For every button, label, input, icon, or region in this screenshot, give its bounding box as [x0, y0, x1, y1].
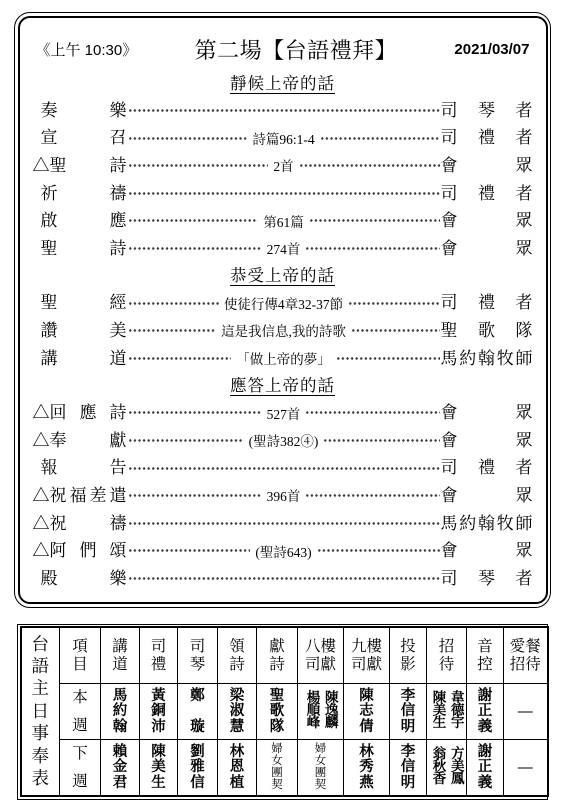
label-char: 禮 [478, 129, 495, 146]
service-item-detail: 「做上帝的夢」 [232, 348, 335, 368]
dotted-leader [128, 152, 269, 180]
label-char: 應 [80, 404, 97, 421]
label-char: 者 [516, 102, 533, 119]
label-char: 司 [441, 185, 458, 202]
duty-row-label-char: 下 [72, 746, 88, 762]
duty-cell-name-char: 梁 [230, 689, 245, 704]
duty-cell-name-char: 賴 [113, 745, 128, 760]
service-row: 聖詩274首會眾 [32, 234, 534, 262]
label-char: 禮 [478, 294, 495, 311]
service-item-performer: 會眾 [441, 240, 533, 257]
duty-col-header: 領詩 [218, 627, 257, 684]
label-char: 們 [80, 542, 97, 559]
service-date: 2021/03/07 [454, 41, 529, 58]
service-item-label: △聖詩 [33, 157, 127, 174]
duty-cell-names: 韋德宇 陳美生 [428, 690, 464, 728]
duty-col-header-line: 獻 [269, 639, 285, 655]
duty-col-header: 八樓司獻 [298, 627, 344, 684]
duty-cell: 劉雅信 [178, 740, 218, 797]
label-char: 差 [90, 487, 107, 504]
duty-cell: 李信明 [390, 684, 427, 740]
duty-cell-name: 賴金君 [101, 745, 139, 791]
service-item-performer: 司禮者 [441, 185, 533, 202]
label-char: 講 [41, 350, 58, 367]
label-char: 會 [441, 212, 458, 229]
label-char: △祝 [33, 515, 67, 532]
duty-col-header: 項目 [60, 627, 101, 684]
service-item-label: 聖詩 [41, 240, 127, 257]
bulletin-page: 《上午 10:30》 第二場【台語禮拜】 2021/03/07 靜候上帝的話奏樂… [0, 0, 565, 800]
label-char: 詩 [110, 240, 127, 257]
label-char: 詩 [110, 404, 127, 421]
duty-cell: 黃銅沛 [140, 684, 178, 740]
label-char: 詩 [110, 157, 127, 174]
service-item-performer: 司琴者 [441, 570, 533, 587]
duty-cell-name-char: 信 [401, 760, 416, 775]
duty-col-header-text: 獻詩 [257, 639, 297, 673]
label-char: 馬 [441, 350, 458, 367]
duty-cell-name-char: 生 [151, 776, 166, 791]
service-item-performer: 會眾 [441, 487, 533, 504]
service-row: △阿們頌(聖詩643)會眾 [32, 537, 534, 565]
duty-col-header-line: 八樓 [305, 639, 336, 655]
label-char: 禮 [478, 185, 495, 202]
duty-col-header-text: 投影 [390, 639, 426, 673]
duty-cell: 婦女團契 [257, 740, 298, 797]
label-char: 遣 [110, 487, 127, 504]
service-row: 宣召詩篇96:1-4司禮者 [32, 124, 534, 152]
label-char: 會 [441, 487, 458, 504]
label-char: △祝 [33, 487, 67, 504]
duty-col-header-line: 琴 [190, 657, 206, 673]
duty-cell-name-char: 義 [478, 776, 493, 791]
service-item-performer: 馬約翰牧師 [441, 350, 533, 367]
label-char: 眾 [516, 240, 533, 257]
duty-col-header: 司禮 [140, 627, 178, 684]
label-char: 隊 [516, 322, 533, 339]
service-row: 祈禱司禮者 [32, 179, 534, 207]
service-item-label: 殿樂 [41, 570, 127, 587]
service-row: △祝禱馬約翰牧師 [32, 509, 534, 537]
duty-cell-name: 謝正義 [467, 745, 503, 791]
duty-cell-name-char: 鄭 [190, 689, 205, 704]
label-char: 獻 [110, 432, 127, 449]
dotted-leader [128, 124, 248, 152]
label-char: 眾 [516, 487, 533, 504]
service-item-label: △回應詩 [33, 404, 127, 421]
duty-col-header-line: 目 [72, 657, 88, 673]
duty-cell-name: 李信明 [390, 689, 426, 735]
duty-row-label-cell: 本週 [60, 684, 101, 740]
label-char: 道 [110, 350, 127, 367]
duty-cell-name-char: 陳 [151, 745, 166, 760]
service-item-performer: 會眾 [441, 432, 533, 449]
duty-cell-names: 方美鳳 翁秋香 [428, 746, 464, 784]
label-char: 琴 [478, 570, 495, 587]
dotted-leader [299, 152, 440, 180]
duty-col-header-line: 招 [439, 639, 455, 655]
duty-cell-name-char: 志 [359, 704, 374, 719]
label-char: 樂 [110, 570, 127, 587]
duty-col-header-line: 待 [439, 657, 455, 673]
label-char: 禱 [110, 515, 127, 532]
page-header: 《上午 10:30》 第二場【台語禮拜】 2021/03/07 [32, 26, 534, 70]
service-row: △祝福差遣396首會眾 [32, 482, 534, 510]
label-char: 聖 [41, 240, 58, 257]
duty-col-header-line: 音 [477, 639, 493, 655]
duty-row-label: 本週 [60, 690, 100, 734]
service-order: 靜候上帝的話奏樂司琴者宣召詩篇96:1-4司禮者△聖詩2首會眾祈禱司禮者啟應第6… [32, 72, 534, 593]
label-char: 約 [459, 350, 476, 367]
label-char: 者 [516, 185, 533, 202]
duty-table-title-char: 日 [32, 703, 50, 721]
duty-cell-name-char: 劉 [190, 745, 205, 760]
dotted-leader [128, 454, 440, 482]
duty-header-row: 台語主日事奉表項目講道司禮司琴領詩獻詩八樓司獻九樓司獻投影招待音控愛餐招待 [21, 627, 548, 684]
duty-col-header-line: 司 [190, 639, 206, 655]
label-char: 禮 [478, 459, 495, 476]
duty-cell: 謝正義 [467, 684, 504, 740]
duty-col-header: 講道 [101, 627, 140, 684]
service-item-performer: 馬約翰牧師 [441, 515, 533, 532]
duty-col-header: 九樓司獻 [344, 627, 390, 684]
duty-cell-name-char: 馬 [113, 689, 128, 704]
label-char: 宣 [41, 129, 58, 146]
service-item-detail: 527首 [263, 403, 305, 423]
section-title-text: 應答上帝的話 [230, 377, 335, 395]
duty-col-header-line: 道 [112, 657, 128, 673]
service-item-detail: (聖詩382④) [245, 430, 323, 450]
duty-cell: 陳志倩 [344, 684, 390, 740]
duty-cell-name: 黃銅沛 [140, 689, 177, 735]
dotted-leader [305, 234, 439, 262]
service-item-detail: (聖詩643) [251, 541, 315, 561]
label-char: 眾 [516, 212, 533, 229]
duty-cell-name: 李信明 [390, 745, 426, 791]
label-char: 司 [441, 459, 458, 476]
service-row: △回應詩527首會眾 [32, 399, 534, 427]
label-char: 會 [441, 240, 458, 257]
label-char: 者 [516, 459, 533, 476]
duty-table-title-char: 奉 [32, 748, 50, 766]
duty-cell-name-char: 團 [271, 768, 283, 780]
duty-table-wrap: 台語主日事奉表項目講道司禮司琴領詩獻詩八樓司獻九樓司獻投影招待音控愛餐招待本週馬… [17, 624, 548, 800]
duty-cell-name-char: 翰 [113, 720, 128, 735]
duty-table: 台語主日事奉表項目講道司禮司琴領詩獻詩八樓司獻九樓司獻投影招待音控愛餐招待本週馬… [20, 626, 549, 797]
duty-col-header-text: 講道 [101, 639, 139, 673]
duty-cell-dash: — [518, 759, 533, 776]
dotted-leader [128, 317, 217, 345]
service-item-performer: 司禮者 [441, 459, 533, 476]
duty-cell-name: 鄭璇 [178, 689, 217, 735]
service-row: 報告司禮者 [32, 454, 534, 482]
service-item-performer: 會眾 [441, 542, 533, 559]
service-item-label: 聖經 [41, 294, 127, 311]
dotted-leader [128, 564, 440, 592]
duty-cell-name: 聖歌隊 [257, 689, 297, 735]
service-item-detail: 這是我信息,我的詩歌 [217, 320, 350, 340]
duty-cell-name-char: 婦 [315, 744, 327, 756]
service-time: 《上午 10:30》 [36, 39, 138, 60]
service-item-detail: 使徒行傳4章32-37節 [220, 293, 347, 313]
label-char: 會 [441, 404, 458, 421]
label-char: 召 [110, 129, 127, 146]
duty-cell-name-char: 黃 [151, 689, 166, 704]
service-row: △奉獻(聖詩382④)會眾 [32, 426, 534, 454]
label-char: 經 [110, 294, 127, 311]
label-char: 司 [441, 570, 458, 587]
duty-col-header: 愛餐招待 [504, 627, 548, 684]
duty-cell-name-char: 君 [113, 776, 128, 791]
service-item-performer: 會眾 [441, 157, 533, 174]
duty-col-header-line: 九樓 [351, 639, 382, 655]
label-char: 讚 [41, 322, 58, 339]
service-item-label: 奏樂 [41, 102, 127, 119]
duty-col-header-text: 司禮 [140, 639, 177, 673]
duty-row: 本週馬約翰黃銅沛鄭璇梁淑慧聖歌隊陳逸麟 楊順峰陳志倩李信明韋德宇 陳美生謝正義— [21, 684, 548, 740]
service-row: 講道「做上帝的夢」馬約翰牧師 [32, 344, 534, 372]
service-item-performer: 司禮者 [441, 129, 533, 146]
label-char: 眾 [516, 157, 533, 174]
duty-cell-name: 陳美生 [140, 745, 177, 791]
duty-cell-name-char: 隊 [270, 720, 285, 735]
dotted-leader [323, 426, 439, 454]
duty-cell: 林恩植 [218, 740, 257, 797]
duty-cell-name-char: 燕 [359, 776, 374, 791]
duty-cell-name-char: 明 [401, 776, 416, 791]
duty-cell-name-char: 秀 [359, 760, 374, 775]
label-char: 馬 [441, 515, 458, 532]
duty-cell-names: 陳逸麟 楊順峰 [302, 690, 338, 728]
duty-cell: 賴金君 [101, 740, 140, 797]
label-char: 啟 [41, 212, 58, 229]
duty-cell-name-char: 恩 [230, 760, 245, 775]
service-item-label: 啟應 [41, 212, 127, 229]
duty-col-header-text: 項目 [60, 639, 100, 673]
duty-col-header: 招待 [427, 627, 467, 684]
service-order-box-inner: 《上午 10:30》 第二場【台語禮拜】 2021/03/07 靜候上帝的話奏樂… [18, 16, 548, 605]
section-title: 應答上帝的話 [32, 374, 534, 398]
duty-cell-name: 謝正義 [467, 689, 503, 735]
duty-col-header-line: 詩 [229, 657, 245, 673]
duty-cell-name: 梁淑慧 [218, 689, 256, 735]
label-char: 者 [516, 294, 533, 311]
service-item-label: 祈禱 [41, 185, 127, 202]
duty-col-header-line: 項 [72, 639, 88, 655]
label-char: 司 [441, 102, 458, 119]
duty-cell-name-char: 女 [271, 756, 283, 768]
section-title: 恭受上帝的話 [32, 264, 534, 288]
duty-col-header-text: 招待 [427, 639, 466, 673]
service-row: △聖詩2首會眾 [32, 152, 534, 180]
duty-col-header-text: 音控 [467, 639, 503, 673]
duty-cell: 馬約翰 [101, 684, 140, 740]
duty-cell-name-char: 璇 [190, 720, 205, 735]
duty-row-label-cell: 下週 [60, 740, 101, 797]
label-char: 應 [110, 212, 127, 229]
duty-col-header-line: 控 [477, 657, 493, 673]
duty-cell: 梁淑慧 [218, 684, 257, 740]
service-row: 讚美這是我信息,我的詩歌聖歌隊 [32, 317, 534, 345]
service-item-performer: 司禮者 [441, 294, 533, 311]
label-char: 司 [441, 129, 458, 146]
label-char: 告 [110, 459, 127, 476]
service-row: 奏樂司琴者 [32, 97, 534, 125]
label-char: 會 [441, 542, 458, 559]
dotted-leader [128, 509, 440, 537]
service-row: 聖經使徒行傳4章32-37節司禮者 [32, 289, 534, 317]
duty-col-header-text: 愛餐招待 [504, 639, 547, 673]
label-char: 牧 [497, 350, 514, 367]
duty-cell-name-char: 陳 [359, 689, 374, 704]
duty-cell: 方美鳳 翁秋香 [427, 740, 467, 797]
duty-col-header: 獻詩 [257, 627, 298, 684]
duty-cell-dash: — [518, 703, 533, 720]
duty-cell-name-char: 美 [151, 760, 166, 775]
duty-cell-name-char: 銅 [151, 704, 166, 719]
duty-col-header-line: 領 [229, 639, 245, 655]
label-char: 約 [459, 515, 476, 532]
service-order-box: 《上午 10:30》 第二場【台語禮拜】 2021/03/07 靜候上帝的話奏樂… [14, 12, 551, 608]
label-char: △奉 [33, 432, 67, 449]
service-item-label: 講道 [41, 350, 127, 367]
duty-cell: 鄭璇 [178, 684, 218, 740]
duty-cell-name: 婦女團契 [298, 744, 343, 792]
dotted-leader [305, 482, 439, 510]
dotted-leader [128, 97, 440, 125]
label-char: 師 [516, 350, 533, 367]
label-char: 禱 [110, 185, 127, 202]
service-item-performer: 聖歌隊 [441, 322, 533, 339]
service-item-detail: 2首 [269, 155, 297, 175]
duty-col-header-line: 司獻 [305, 657, 336, 673]
duty-cell: — [504, 740, 548, 797]
duty-cell-name-char: 林 [230, 745, 245, 760]
duty-cell-name-char: 謝 [478, 689, 493, 704]
label-char: 師 [516, 515, 533, 532]
duty-table-title: 台語主日事奉表 [22, 636, 60, 788]
duty-col-header: 投影 [390, 627, 427, 684]
duty-cell: 韋德宇 陳美生 [427, 684, 467, 740]
label-char: 牧 [497, 515, 514, 532]
dotted-leader [320, 124, 440, 152]
duty-col-header-line: 影 [400, 657, 416, 673]
duty-cell-name: 林秀燕 [344, 745, 389, 791]
label-char: 眾 [516, 404, 533, 421]
duty-col-header: 音控 [467, 627, 504, 684]
dotted-leader [128, 179, 440, 207]
service-item-detail: 第61篇 [259, 211, 308, 231]
label-char: 琴 [478, 102, 495, 119]
duty-row-label-char: 本 [72, 690, 88, 706]
service-item-label: △祝福差遣 [33, 487, 127, 504]
duty-table-title-char: 事 [32, 725, 50, 743]
label-char: 會 [441, 157, 458, 174]
dotted-leader [128, 537, 251, 565]
label-char: 頌 [110, 542, 127, 559]
label-char: 翰 [478, 350, 495, 367]
duty-cell-name-char: 淑 [230, 704, 245, 719]
duty-table-title-char: 語 [32, 658, 50, 676]
duty-cell-name-char: 慧 [230, 720, 245, 735]
label-char: 翰 [478, 515, 495, 532]
service-item-performer: 會眾 [441, 212, 533, 229]
duty-col-header-line: 司獻 [351, 657, 382, 673]
duty-col-header-text: 司琴 [178, 639, 217, 673]
service-item-performer: 司琴者 [441, 102, 533, 119]
dotted-leader [317, 537, 440, 565]
dotted-leader [128, 289, 219, 317]
dotted-leader [348, 289, 439, 317]
duty-cell-name-char: 信 [190, 776, 205, 791]
duty-cell-name-char: 婦 [271, 744, 283, 756]
dotted-leader [336, 344, 440, 372]
service-item-detail: 詩篇96:1-4 [248, 128, 318, 148]
label-char: △阿 [33, 542, 67, 559]
duty-cell-name: 陳志倩 [344, 689, 389, 735]
duty-col-header-text: 領詩 [218, 639, 256, 673]
dotted-leader [128, 207, 259, 235]
section-title: 靜候上帝的話 [32, 72, 534, 96]
duty-cell-name-char: 歌 [270, 704, 285, 719]
label-char: 奏 [41, 102, 58, 119]
label-char: △回 [33, 404, 67, 421]
service-item-detail: 396首 [263, 485, 305, 505]
duty-cell-name: 馬約翰 [101, 689, 139, 735]
duty-cell-name-char: 李 [401, 745, 416, 760]
dotted-leader [128, 426, 244, 454]
duty-table-title-char: 台 [32, 636, 50, 654]
duty-row-label: 下週 [60, 746, 100, 790]
duty-col-header: 司琴 [178, 627, 218, 684]
label-char: 者 [516, 129, 533, 146]
duty-col-header-line: 詩 [269, 657, 285, 673]
service-item-label: △阿們頌 [33, 542, 127, 559]
label-char: 眾 [516, 542, 533, 559]
duty-col-header-line: 愛餐 [510, 639, 541, 655]
duty-cell: 陳逸麟 楊順峰 [298, 684, 344, 740]
service-item-performer: 會眾 [441, 404, 533, 421]
duty-col-header-line: 司 [151, 639, 167, 655]
duty-col-header-line: 禮 [151, 657, 167, 673]
duty-cell: 謝正義 [467, 740, 504, 797]
dotted-leader [128, 482, 262, 510]
duty-cell-name-char: 植 [230, 776, 245, 791]
section-title-text: 靜候上帝的話 [230, 75, 335, 93]
label-char: 眾 [516, 432, 533, 449]
duty-cell-name-char: 倩 [359, 720, 374, 735]
label-char: 祈 [41, 185, 58, 202]
label-char: 歌 [478, 322, 495, 339]
duty-cell: 陳美生 [140, 740, 178, 797]
duty-row-label-char: 週 [72, 718, 88, 734]
dotted-leader [309, 207, 440, 235]
duty-cell-name-char: 團 [315, 768, 327, 780]
duty-cell-name-char: 李 [401, 689, 416, 704]
label-char: 聖 [441, 322, 458, 339]
label-char: 美 [110, 322, 127, 339]
label-char: 福 [70, 487, 87, 504]
dotted-leader [128, 399, 262, 427]
duty-cell-name-char: 金 [113, 760, 128, 775]
duty-cell: — [504, 684, 548, 740]
duty-row: 下週賴金君陳美生劉雅信林恩植婦女團契婦女團契林秀燕李信明方美鳳 翁秋香謝正義— [21, 740, 548, 797]
label-char: 樂 [110, 102, 127, 119]
section-title-text: 恭受上帝的話 [230, 267, 335, 285]
duty-cell-name-char: 正 [478, 760, 493, 775]
duty-cell: 聖歌隊 [257, 684, 298, 740]
label-char: 會 [441, 432, 458, 449]
